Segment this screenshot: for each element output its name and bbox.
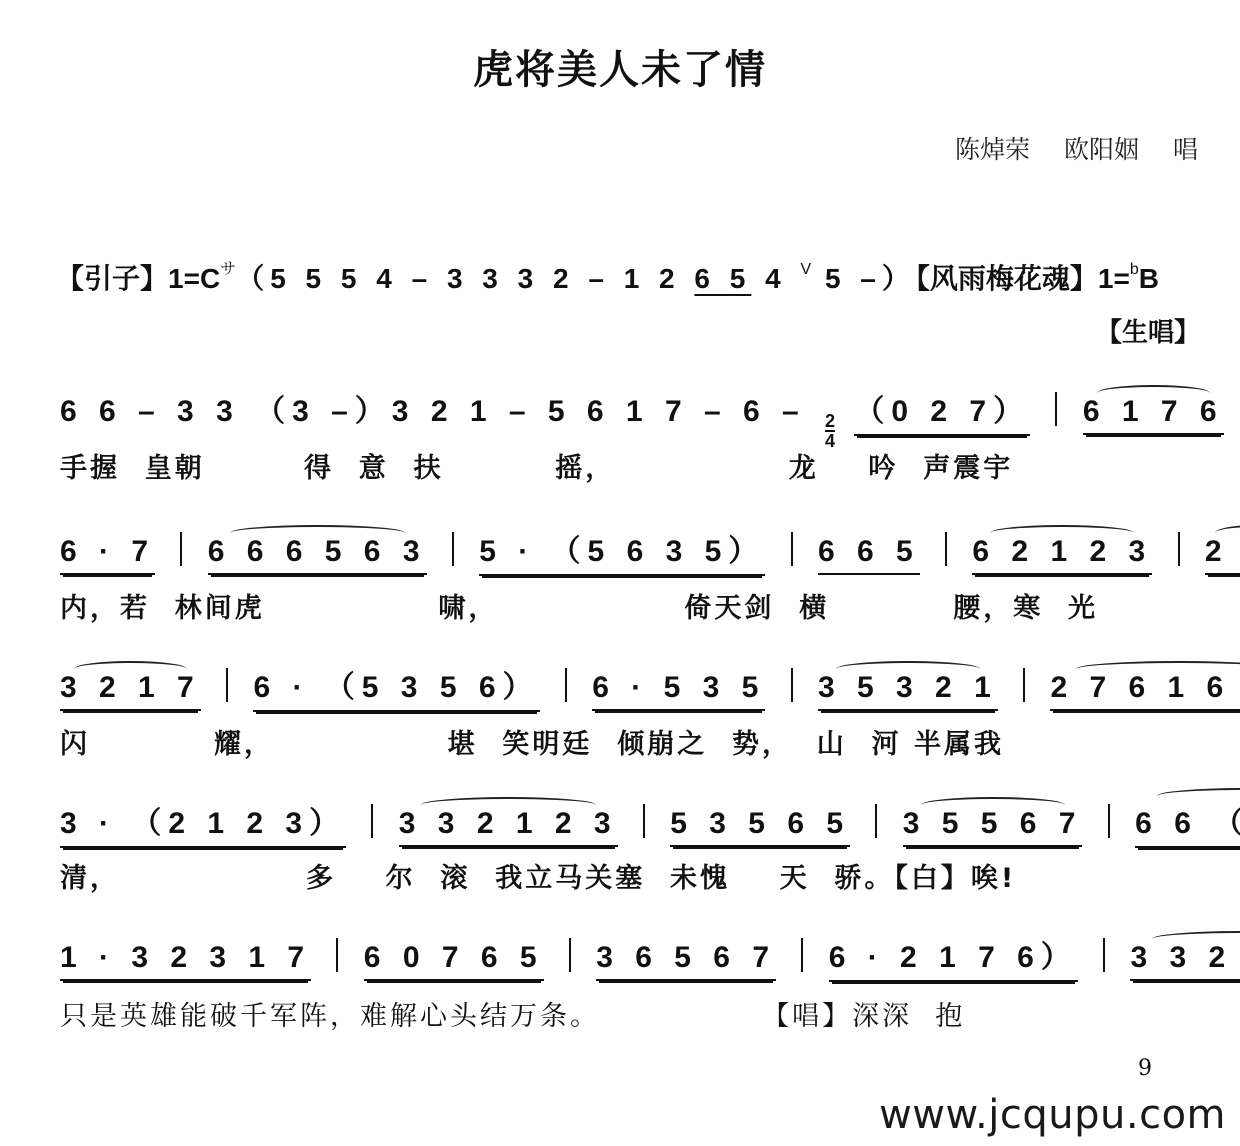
intro-tail: 5 –）: [811, 263, 916, 294]
bar-line: [569, 938, 571, 972]
bar-line: [1023, 668, 1025, 702]
bar-line: [801, 938, 803, 972]
measure: 6 6 6 5 6 3: [208, 535, 427, 575]
bar-line: [1108, 804, 1110, 838]
measure: 2 7 6 1 6 1 2: [1050, 671, 1240, 711]
measure: 6 0 7 6 5: [364, 941, 544, 981]
bar-line: [565, 668, 567, 702]
lyrics-line-4: 清， 多 尔 滚 我立马关塞 未愧 天 骄。【白】唉!: [60, 856, 1210, 895]
notation-line-3: 3 2 1 7 6 · （5 3 5 6） 6 · 5 3 5 3 5 3 2 …: [60, 662, 1210, 712]
flat-icon: b: [1130, 261, 1139, 278]
performers: 陈焯荣 欧阳姻 唱: [955, 130, 1198, 166]
bar-line: [791, 532, 793, 566]
measure: 6 6 – 3 3 （3 –）3 2 1 – 5 6 1 7 – 6 –: [60, 386, 806, 430]
intro-after: 4: [765, 263, 800, 294]
measure: 5 · （5 6 3 5）: [479, 526, 765, 576]
bar-line: [226, 668, 228, 702]
section-tag: 【风雨梅花魂】: [916, 262, 1098, 295]
measure: 3 2 1 7: [60, 671, 201, 711]
page-number: 9: [1138, 1056, 1152, 1081]
measure: （0 2 7）: [854, 386, 1030, 436]
role-tag: 【生唱】: [1096, 312, 1200, 349]
lyrics-line-1: 手握 皇朝 得 意 扶 摇， 龙 吟 声震宇: [60, 446, 1210, 485]
free-meter-mark: サ: [220, 261, 236, 278]
notation-line-5: 1 · 3 2 3 1 7 6 0 7 6 5 3 6 5 6 7 6 · 2 …: [60, 932, 1210, 982]
bar-line: [1103, 938, 1105, 972]
bar-line: [1178, 532, 1180, 566]
notation-line-2: 6 · 7 6 6 6 5 6 3 5 · （5 6 3 5） 6 6 5 6 …: [60, 526, 1210, 576]
measure: 3 6 5 6 7: [596, 941, 776, 981]
measure: 3 · （2 1 2 3）: [60, 798, 346, 848]
site-watermark: www.jcqupu.com: [879, 1092, 1226, 1138]
measure: 3 3 2 1 2 3: [399, 807, 618, 847]
measure: 6 · 5 3 5: [592, 671, 765, 711]
measure: 6 · 2 1 7 6）: [829, 932, 1078, 982]
sing-label: 唱: [1173, 135, 1198, 164]
lyrics-line-3: 闪 耀， 堪 笑明廷 倾崩之 势， 山 河 半属我: [60, 722, 1210, 761]
section-key: 1=: [1098, 263, 1130, 294]
intro-tag: 【引子】: [56, 262, 168, 295]
lyrics-line-2: 内，若 林间虎 啸， 倚天剑 横 腰，寒 光: [60, 586, 1210, 625]
intro-underlined-notes: 6 5: [694, 263, 751, 294]
notation-line-4: 3 · （2 1 2 3） 3 3 2 1 2 3 5 3 5 6 5 3 5 …: [60, 798, 1210, 848]
time-signature: 2 4: [825, 412, 835, 450]
bar-line: [875, 804, 877, 838]
measure: 6 · 7: [60, 535, 155, 575]
measure: 6 6 5: [818, 535, 920, 575]
measure: 3 3 2 1 2 7: [1130, 941, 1240, 981]
measure: 6 2 1 2 3: [972, 535, 1152, 575]
bar-line: [452, 532, 454, 566]
performer-1: 陈焯荣: [955, 135, 1030, 164]
performer-2: 欧阳姻: [1064, 135, 1139, 164]
breath-mark-icon: V: [801, 261, 812, 278]
measure: 6 1 7 6: [1083, 395, 1224, 435]
bar-line: [371, 804, 373, 838]
section-key-note: B: [1139, 263, 1159, 294]
measure: 6 6 （3 5 6: [1135, 798, 1240, 848]
measure: 3 5 5 6 7: [903, 807, 1083, 847]
bar-line: [945, 532, 947, 566]
song-title: 虎将美人未了情: [0, 38, 1240, 95]
bar-line: [791, 668, 793, 702]
bar-line: [180, 532, 182, 566]
measure: 1 · 3 2 3 1 7: [60, 941, 311, 981]
intro-key: 1=C: [168, 263, 220, 294]
lyrics-line-5: 只是英雄能破千军阵，难解心头结万条。 【唱】深深 抱: [60, 994, 1210, 1033]
bar-line: [1055, 392, 1057, 426]
measure: 2 3 5: [1205, 535, 1240, 575]
bar-line: [643, 804, 645, 838]
intro-line: 【引子】1=Cサ（5 5 5 4 – 3 3 3 2 – 1 2 6 5 4 V…: [56, 256, 1159, 297]
measure: 6 · （5 3 5 6）: [253, 662, 539, 712]
measure: 5 3 5 6 5: [670, 807, 850, 847]
notation-line-1: 6 6 – 3 3 （3 –）3 2 1 – 5 6 1 7 – 6 – 2 4…: [60, 386, 1210, 450]
bar-line: [336, 938, 338, 972]
measure: 3 5 3 2 1: [818, 671, 998, 711]
intro-notes: （5 5 5 4 – 3 3 3 2 – 1 2: [236, 263, 694, 294]
